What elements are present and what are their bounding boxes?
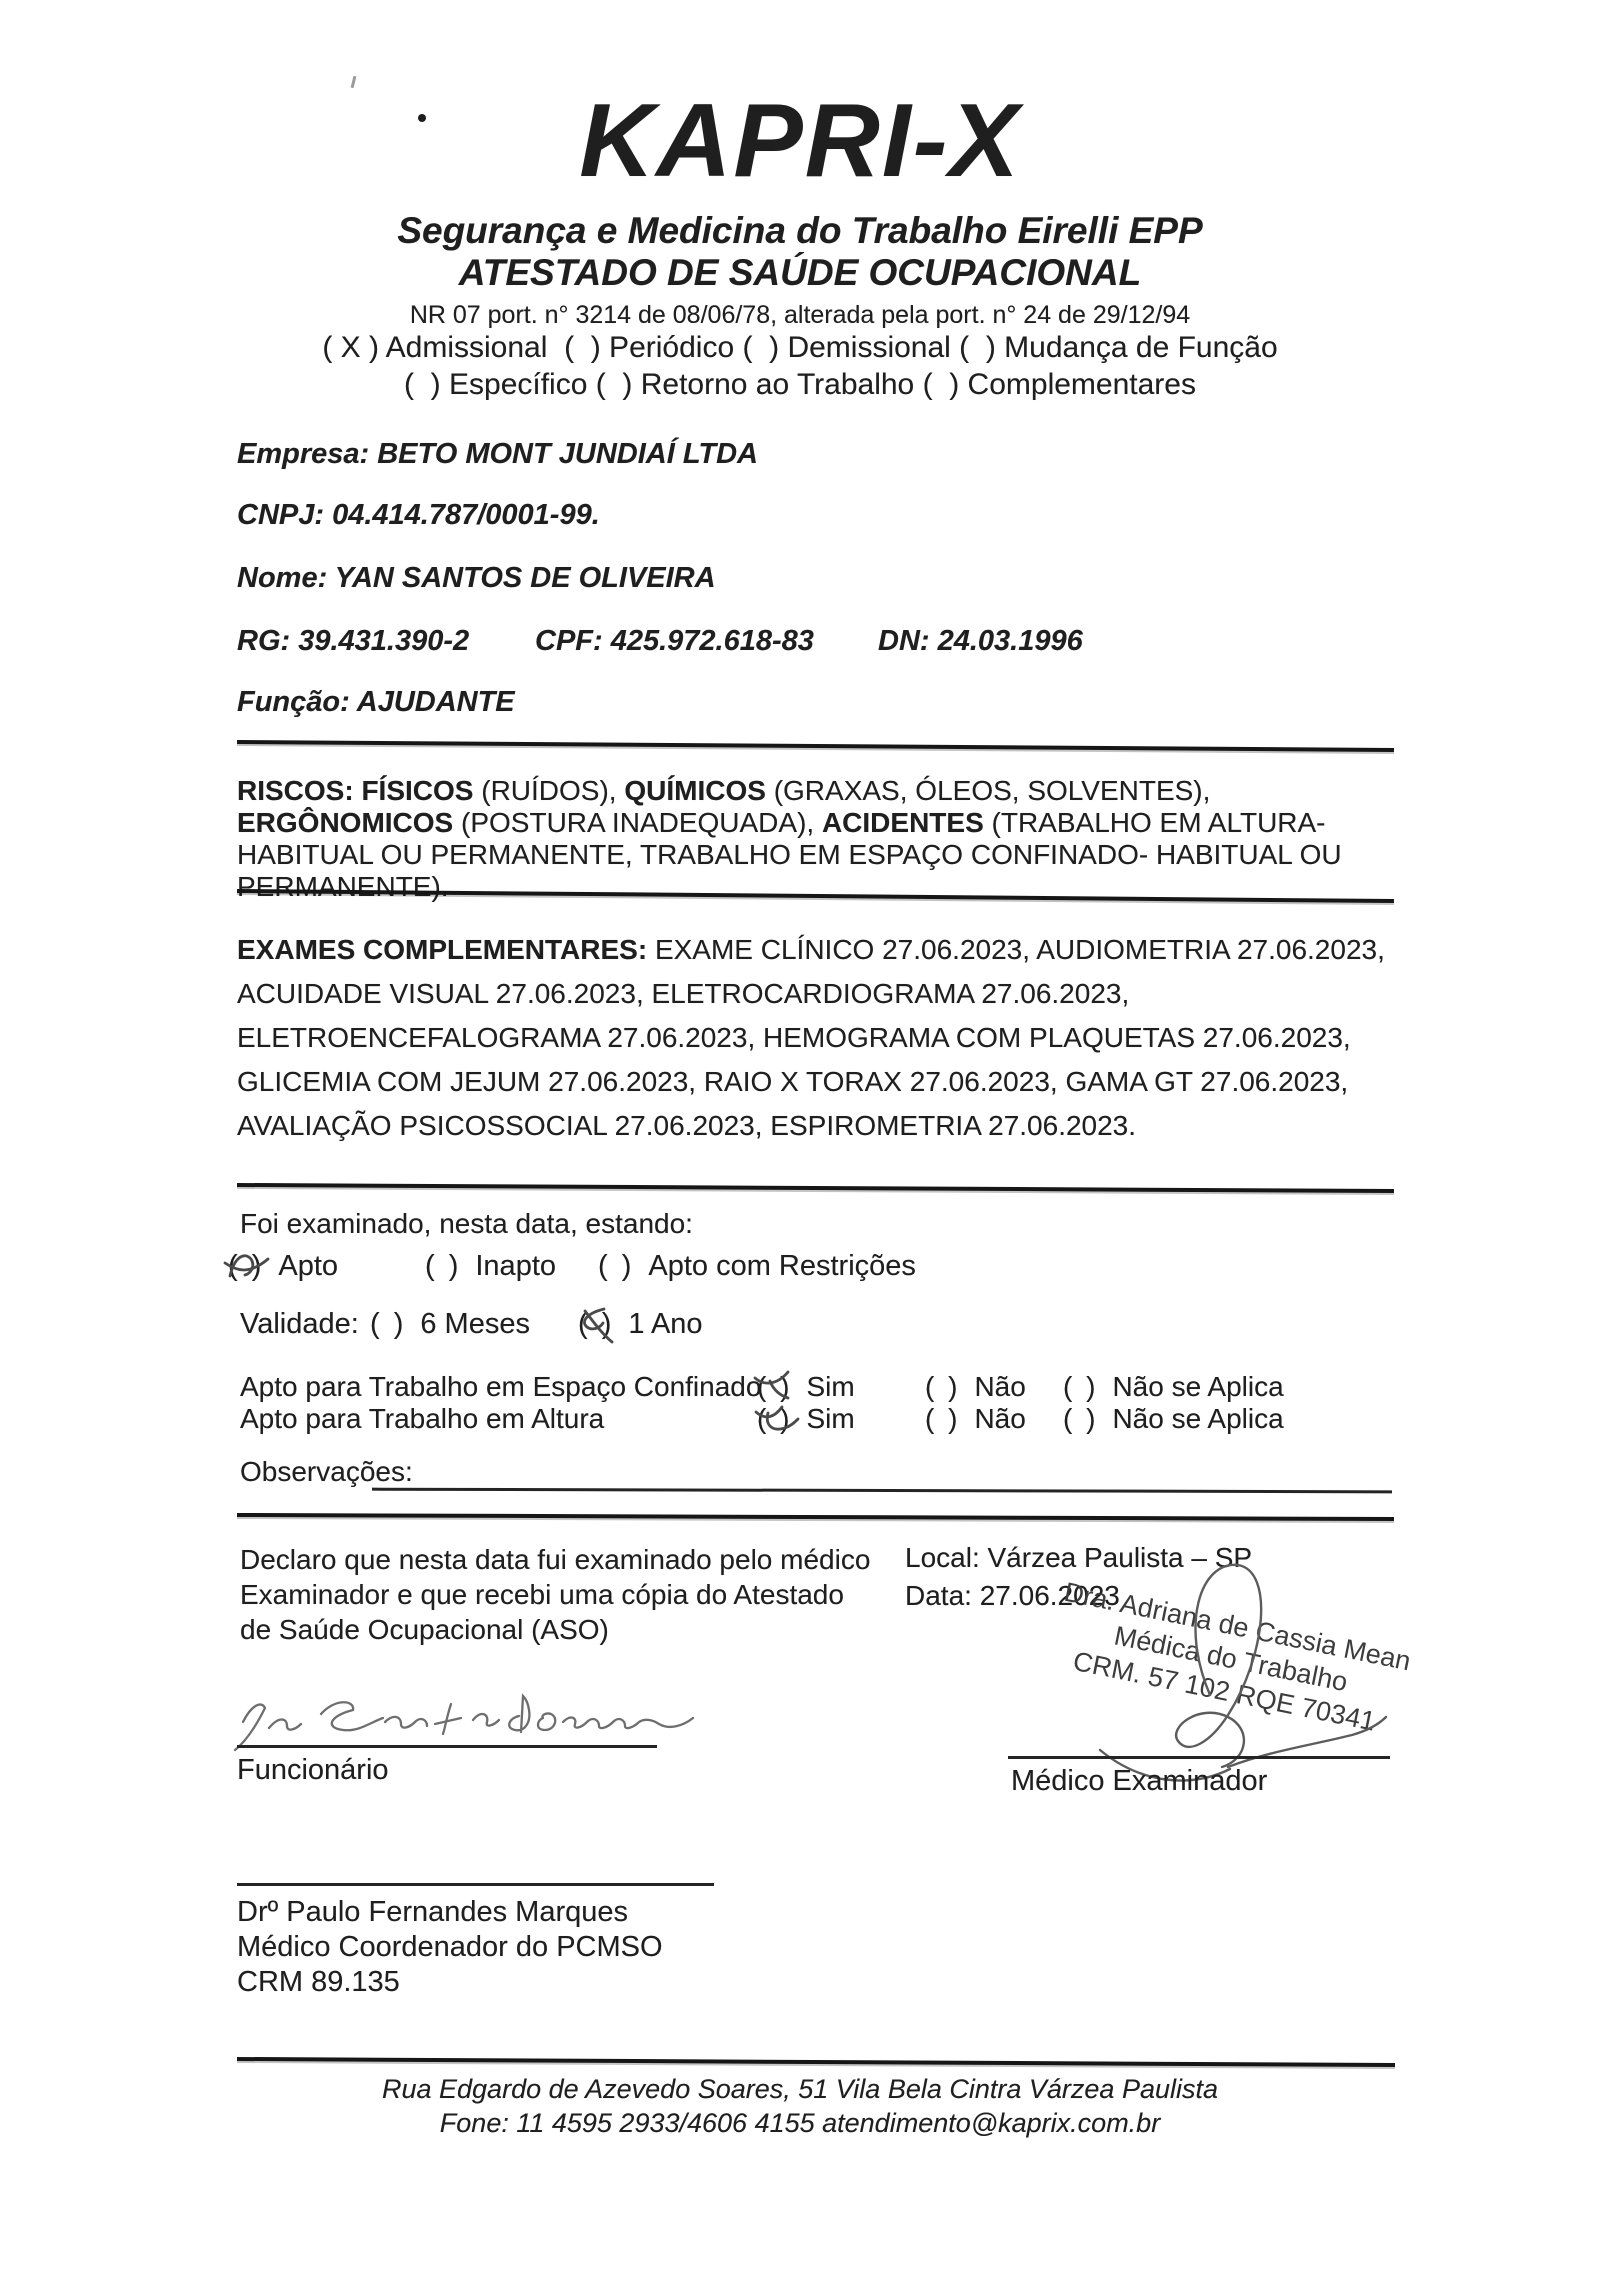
- checkbox-inapto: ( ): [425, 1250, 461, 1283]
- option-inapto-label: Inapto: [475, 1250, 556, 1283]
- exames-label: EXAMES COMPLEMENTARES:: [237, 934, 647, 965]
- validade-label: Validade:: [240, 1308, 359, 1341]
- field-rg: RG: 39.431.390-2: [237, 625, 469, 658]
- divider-exames-bottom: [237, 1183, 1394, 1193]
- riscos-seg-4: ERGÔNOMICOS: [237, 807, 461, 838]
- exames-line-3: ELETROENCEFALOGRAMA 27.06.2023, HEMOGRAM…: [237, 1016, 1412, 1060]
- option-altura-nsa-label: Não se Aplica: [1112, 1403, 1283, 1435]
- riscos-seg-5: (POSTURA INADEQUADA),: [461, 807, 822, 838]
- option-confinado-nao-label: Não: [974, 1371, 1025, 1403]
- option-inapto: ( ) Inapto: [425, 1250, 556, 1283]
- coordenador-nome: Drº Paulo Fernandes Marques: [237, 1896, 628, 1929]
- checkbox-apto: ( ): [228, 1250, 264, 1283]
- document-title: ATESTADO DE SAÚDE OCUPACIONAL: [221, 252, 1379, 294]
- checkbox-confinado-nsa: ( ): [1063, 1371, 1098, 1403]
- checkbox-altura-nao: ( ): [925, 1403, 960, 1435]
- coordenador-crm: CRM 89.135: [237, 1966, 400, 1999]
- exames-line-2: ACUIDADE VISUAL 27.06.2023, ELETROCARDIO…: [237, 972, 1412, 1016]
- field-nome: Nome: YAN SANTOS DE OLIVEIRA: [237, 562, 716, 595]
- footer-fone: Fone: 11 4595 2933/4606 4155 atendimento…: [221, 2108, 1379, 2139]
- checkbox-altura-nsa: ( ): [1063, 1403, 1098, 1435]
- confinado-label: Apto para Trabalho em Espaço Confinado: [240, 1371, 761, 1403]
- checkbox-altura-sim: ( ): [757, 1403, 792, 1435]
- option-6-meses-label: 6 Meses: [420, 1308, 530, 1341]
- option-6-meses: ( ) 6 Meses: [370, 1308, 530, 1341]
- declaration-line-2: Examinador e que recebi uma cópia do Ate…: [240, 1577, 870, 1612]
- regulation-line: NR 07 port. n° 3214 de 08/06/78, alterad…: [221, 301, 1379, 330]
- riscos-seg-1: (RUÍDOS),: [481, 775, 624, 806]
- coordenador-cargo: Médico Coordenador do PCMSO: [237, 1931, 663, 1964]
- aso-document: KAPRI-X Segurança e Medicina do Trabalho…: [0, 0, 1600, 2277]
- divider-riscos-top: [237, 740, 1394, 752]
- exames-block: EXAMES COMPLEMENTARES: EXAME CLÍNICO 27.…: [237, 928, 1412, 1148]
- riscos-seg-6: ACIDENTES: [822, 807, 992, 838]
- checkbox-6-meses: ( ): [370, 1308, 406, 1341]
- field-empresa: Empresa: BETO MONT JUNDIAÍ LTDA: [237, 438, 758, 471]
- brand-title: KAPRI-X: [221, 82, 1379, 201]
- funcionario-label: Funcionário: [237, 1754, 389, 1787]
- exames-line-1-rest: EXAME CLÍNICO 27.06.2023, AUDIOMETRIA 27…: [647, 934, 1385, 965]
- riscos-seg-3: (GRAXAS, ÓLEOS, SOLVENTES),: [774, 775, 1211, 806]
- checkbox-confinado-sim: ( ): [757, 1371, 792, 1403]
- exames-line-5: AVALIAÇÃO PSICOSSOCIAL 27.06.2023, ESPIR…: [237, 1104, 1412, 1148]
- option-1-ano-label: 1 Ano: [628, 1308, 702, 1341]
- option-apto-restricoes: ( ) Apto com Restrições: [598, 1250, 916, 1283]
- checkbox-1-ano: ( ): [578, 1308, 614, 1341]
- company-line: Segurança e Medicina do Trabalho Eirelli…: [221, 210, 1379, 252]
- option-altura-nsa: ( ) Não se Aplica: [1063, 1403, 1284, 1435]
- declaration-line-3: de Saúde Ocupacional (ASO): [240, 1612, 870, 1647]
- field-dn: DN: 24.03.1996: [878, 625, 1083, 658]
- observacoes-label: Observações:: [240, 1456, 413, 1488]
- option-confinado-sim: ( ) Sim: [757, 1371, 855, 1403]
- divider-observacoes-bottom: [237, 1513, 1394, 1521]
- option-altura-sim-label: Sim: [806, 1403, 854, 1435]
- field-cnpj: CNPJ: 04.414.787/0001-99.: [237, 499, 600, 532]
- option-altura-nao-label: Não: [974, 1403, 1025, 1435]
- option-apto-restricoes-label: Apto com Restrições: [648, 1250, 916, 1283]
- riscos-seg-0: RISCOS: FÍSICOS: [237, 775, 481, 806]
- funcionario-signature-line: [237, 1745, 657, 1748]
- declaration-text: Declaro que nesta data fui examinado pel…: [240, 1542, 870, 1647]
- riscos-seg-2: QUÍMICOS: [624, 775, 773, 806]
- option-confinado-nao: ( ) Não: [925, 1371, 1026, 1403]
- medico-examinador-label: Médico Examinador: [1011, 1765, 1267, 1798]
- option-altura-sim: ( ) Sim: [757, 1403, 855, 1435]
- coordenador-line: [237, 1883, 714, 1886]
- medico-signature-line: [1008, 1756, 1390, 1759]
- observacoes-blank-line: [372, 1488, 1392, 1494]
- declaration-line-1: Declaro que nesta data fui examinado pel…: [240, 1542, 870, 1577]
- aptidao-intro: Foi examinado, nesta data, estando:: [240, 1208, 693, 1240]
- checkbox-apto-restricoes: ( ): [598, 1250, 634, 1283]
- field-funcao: Função: AJUDANTE: [237, 686, 515, 719]
- footer-endereco: Rua Edgardo de Azevedo Soares, 51 Vila B…: [221, 2074, 1379, 2105]
- checkbox-confinado-nao: ( ): [925, 1371, 960, 1403]
- exam-type-line-1: ( X ) Admissional ( ) Periódico ( ) Demi…: [221, 331, 1379, 365]
- option-confinado-sim-label: Sim: [806, 1371, 854, 1403]
- riscos-paragraph: RISCOS: FÍSICOS (RUÍDOS), QUÍMICOS (GRAX…: [237, 775, 1412, 903]
- option-apto-label: Apto: [278, 1250, 338, 1283]
- option-1-ano: ( ) 1 Ano: [578, 1308, 703, 1341]
- option-confinado-nsa: ( ) Não se Aplica: [1063, 1371, 1284, 1403]
- exames-line-4: GLICEMIA COM JEJUM 27.06.2023, RAIO X TO…: [237, 1060, 1412, 1104]
- option-altura-nao: ( ) Não: [925, 1403, 1026, 1435]
- altura-label: Apto para Trabalho em Altura: [240, 1403, 604, 1435]
- option-apto: ( ) Apto: [228, 1250, 338, 1283]
- exam-type-line-2: ( ) Específico ( ) Retorno ao Trabalho (…: [221, 368, 1379, 402]
- divider-footer: [237, 2057, 1395, 2067]
- exames-line-1: EXAMES COMPLEMENTARES: EXAME CLÍNICO 27.…: [237, 928, 1412, 972]
- field-cpf: CPF: 425.972.618-83: [535, 625, 814, 658]
- option-confinado-nsa-label: Não se Aplica: [1112, 1371, 1283, 1403]
